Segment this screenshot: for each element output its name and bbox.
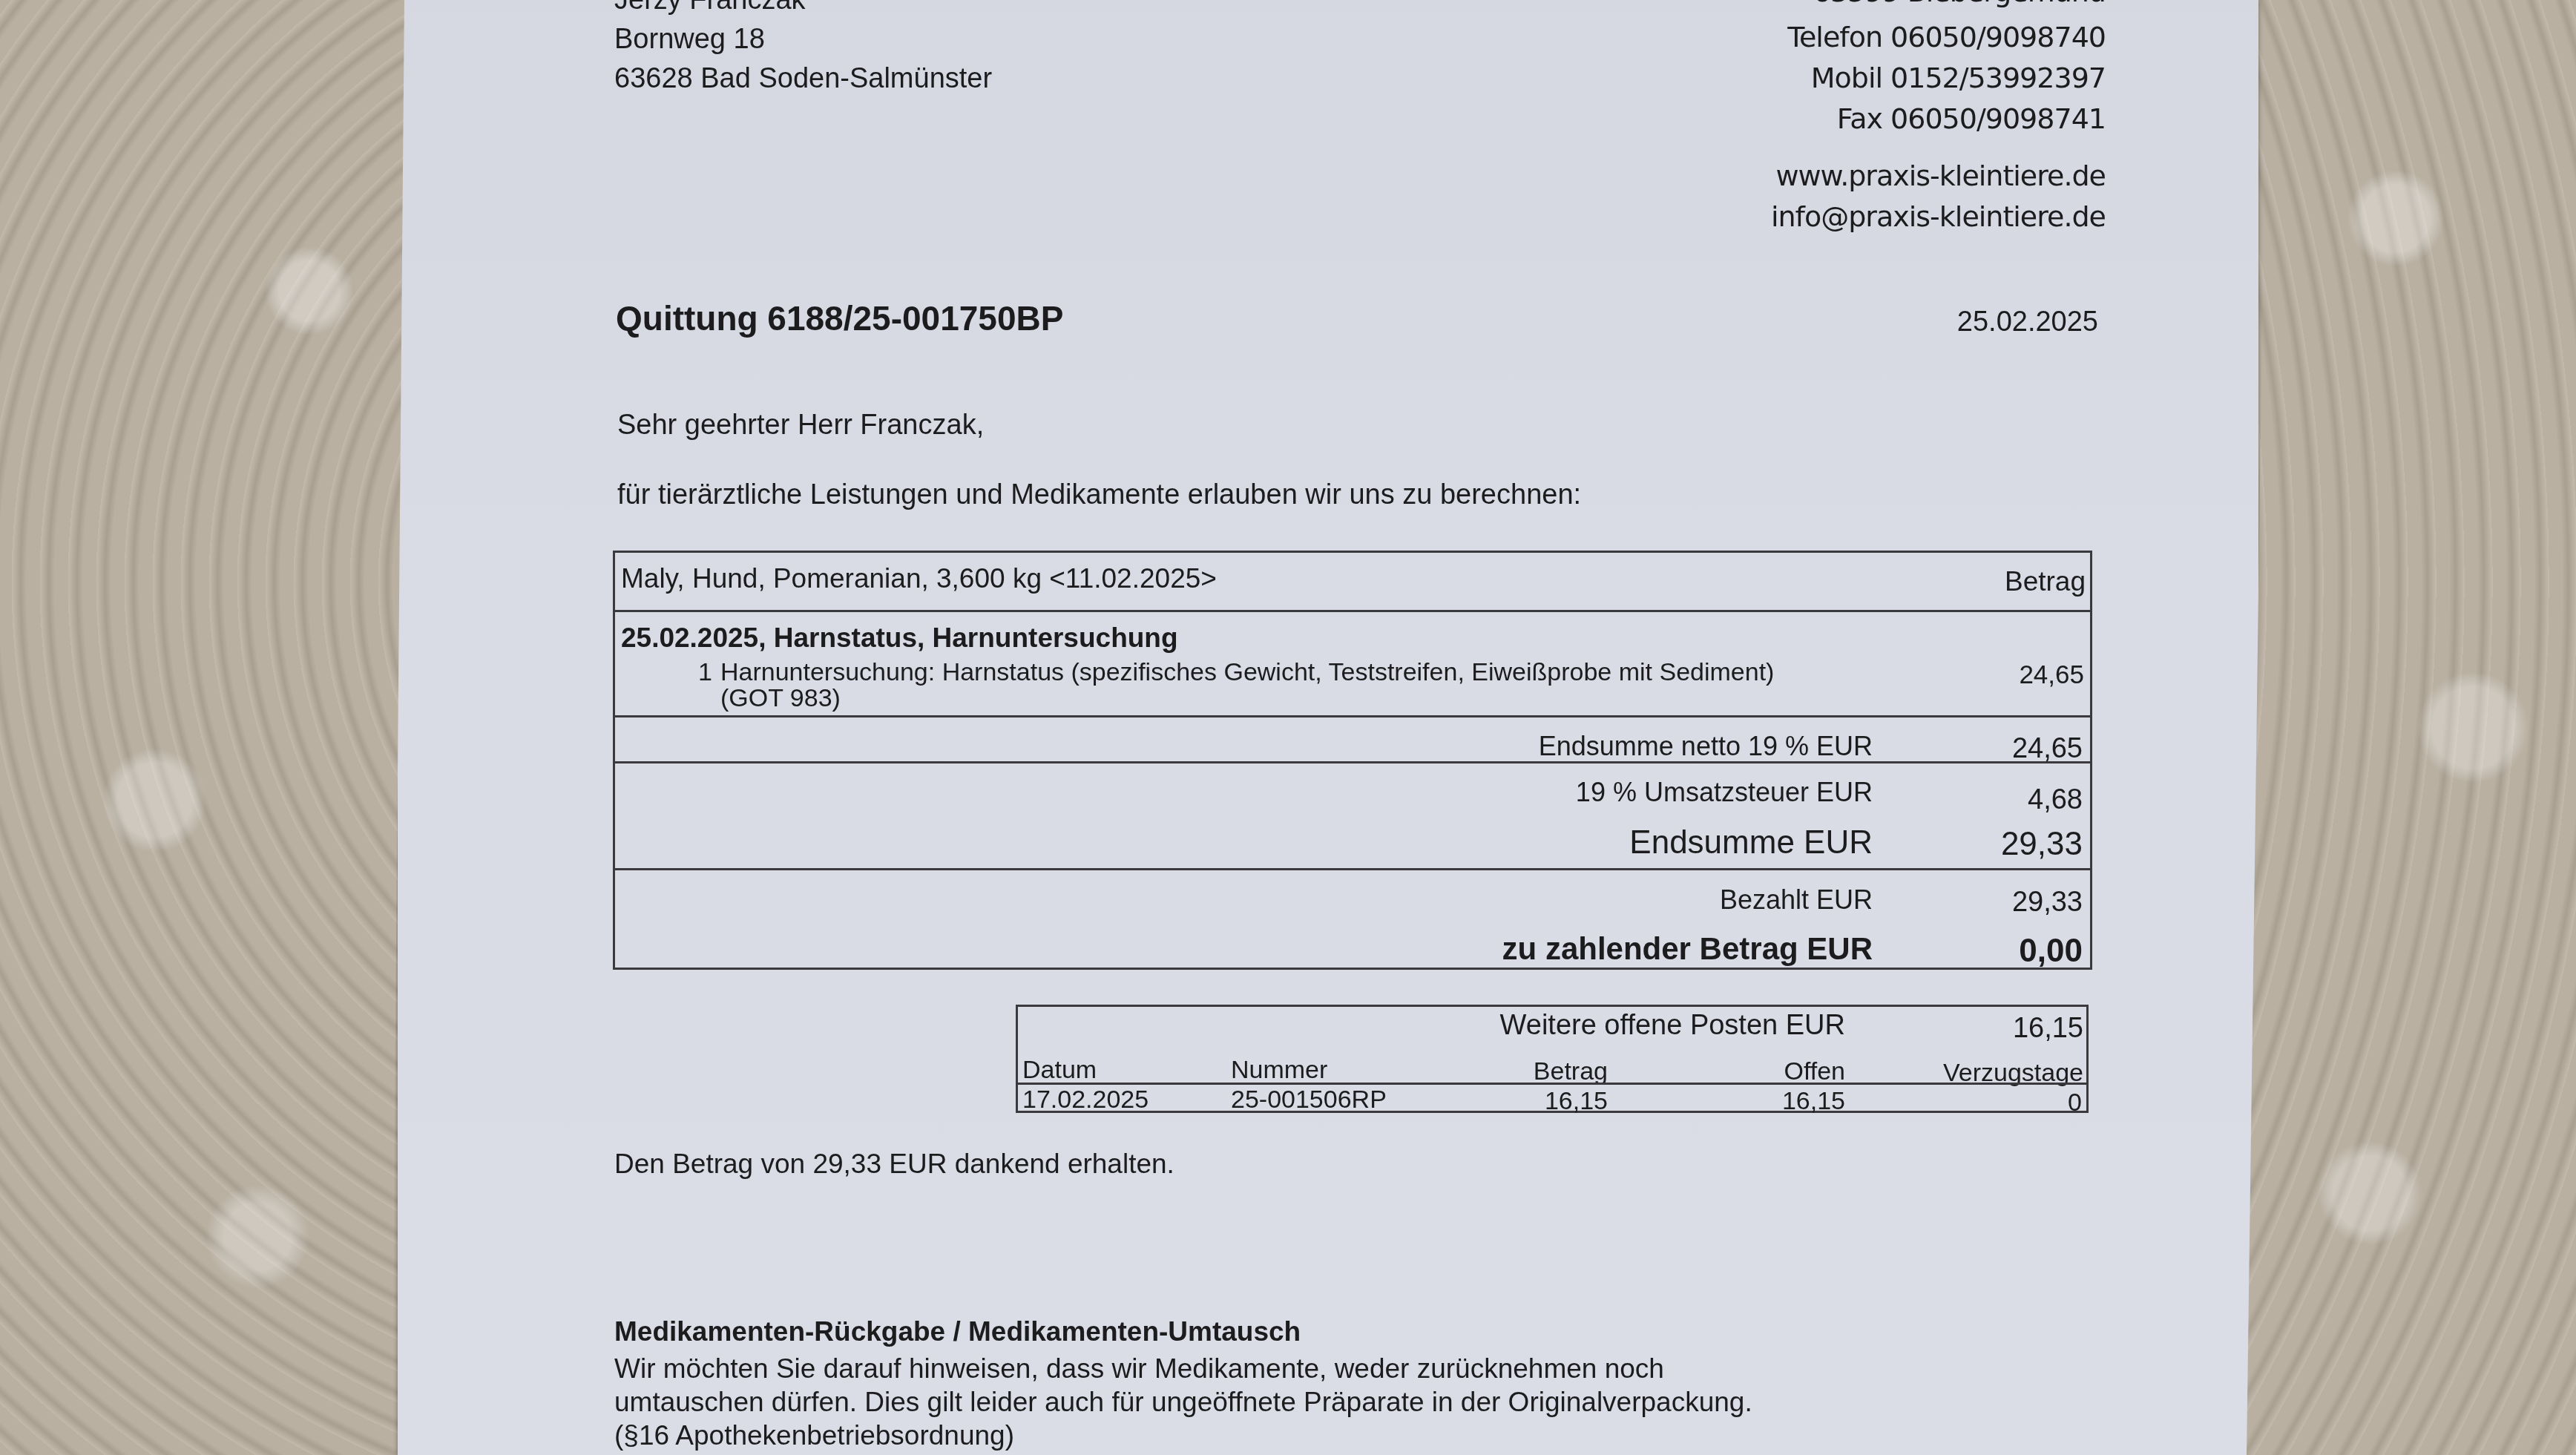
invoice-table: Maly, Hund, Pomeranian, 3,600 kg <11.02.… <box>613 551 2092 970</box>
sender-phone: Telefon 06050/9098740 <box>1771 17 2106 58</box>
open-item-date: 17.02.2025 <box>1022 1085 1149 1114</box>
recipient-street: Bornweg 18 <box>614 20 992 59</box>
column-header-nummer: Nummer <box>1231 1056 1327 1085</box>
sender-fax: Fax 06050/9098741 <box>1771 99 2106 139</box>
recipient-name: Jerzy Franczak <box>614 0 992 20</box>
open-item-amount: 16,15 <box>1545 1087 1608 1116</box>
notice-line: umtauschen dürfen. Dies gilt leider auch… <box>614 1385 1752 1419</box>
payment-received-text: Den Betrag von 29,33 EUR dankend erhalte… <box>614 1149 1174 1180</box>
item-code: (GOT 983) <box>720 684 841 713</box>
paid-label: Bezahlt EUR <box>1720 884 1873 916</box>
receipt-title: Quittung 6188/25-001750BP <box>616 298 1063 338</box>
item-description: Harnuntersuchung: Harnstatus (spezifisch… <box>720 658 1774 687</box>
sender-mobile: Mobil 0152/53992397 <box>1771 58 2106 99</box>
sender-contact: 63599 Biebergemünd Telefon 06050/9098740… <box>1771 0 2106 237</box>
grand-total-value: 29,33 <box>2001 826 2083 863</box>
net-total-label: Endsumme netto 19 % EUR <box>1539 731 1873 762</box>
column-header-datum: Datum <box>1022 1056 1097 1085</box>
vat-label: 19 % Umsatzsteuer EUR <box>1576 777 1873 808</box>
sender-website[interactable]: www.praxis-kleintiere.de <box>1771 156 2106 197</box>
amount-due-value: 0,00 <box>2019 933 2083 970</box>
grand-total-label: Endsumme EUR <box>1629 824 1873 861</box>
recipient-address: Jerzy Franczak Bornweg 18 63628 Bad Sode… <box>614 0 992 99</box>
notice-body: Wir möchten Sie darauf hinweisen, dass w… <box>614 1352 1752 1452</box>
divider <box>1018 1083 2086 1085</box>
visit-heading: 25.02.2025, Harnstatus, Harnuntersuchung <box>621 623 1178 654</box>
divider <box>615 868 2090 870</box>
open-items-summary-label: Weitere offene Posten EUR <box>1500 1010 1845 1042</box>
greeting: Sehr geehrter Herr Franczak, <box>617 410 984 441</box>
notice-line: Wir möchten Sie darauf hinweisen, dass w… <box>614 1352 1752 1385</box>
open-item-number: 25-001506RP <box>1231 1085 1387 1114</box>
carpet-background-right <box>2235 0 2576 1455</box>
amount-header: Betrag <box>2005 566 2086 597</box>
carpet-background-left <box>0 0 415 1455</box>
open-item-open: 16,15 <box>1782 1087 1845 1116</box>
net-total-value: 24,65 <box>2012 733 2083 765</box>
sender-address-cut: 63599 Biebergemünd <box>1771 0 2106 13</box>
notice-heading: Medikamenten-Rückgabe / Medikamenten-Umt… <box>614 1316 1301 1347</box>
vat-value: 4,68 <box>2028 784 2083 816</box>
open-items-table: Weitere offene Posten EUR 16,15 Datum Nu… <box>1016 1005 2089 1113</box>
divider <box>615 761 2090 763</box>
open-items-summary-value: 16,15 <box>2013 1013 2083 1045</box>
open-item-overdue-days: 0 <box>2068 1088 2082 1117</box>
notice-line: (§16 Apothekenbetriebsordnung) <box>614 1419 1752 1452</box>
item-qty: 1 <box>698 658 712 687</box>
paid-value: 29,33 <box>2012 887 2083 919</box>
intro-text: für tierärztliche Leistungen und Medikam… <box>617 479 1581 511</box>
patient-info: Maly, Hund, Pomeranian, 3,600 kg <11.02.… <box>621 563 1217 594</box>
divider <box>615 715 2090 717</box>
sender-email[interactable]: info@praxis-kleintiere.de <box>1771 197 2106 237</box>
receipt-date: 25.02.2025 <box>1957 306 2098 338</box>
recipient-city: 63628 Bad Soden-Salmünster <box>614 59 992 99</box>
amount-due-label: zu zahlender Betrag EUR <box>1502 931 1873 967</box>
item-amount: 24,65 <box>2019 660 2084 690</box>
divider <box>615 610 2090 612</box>
